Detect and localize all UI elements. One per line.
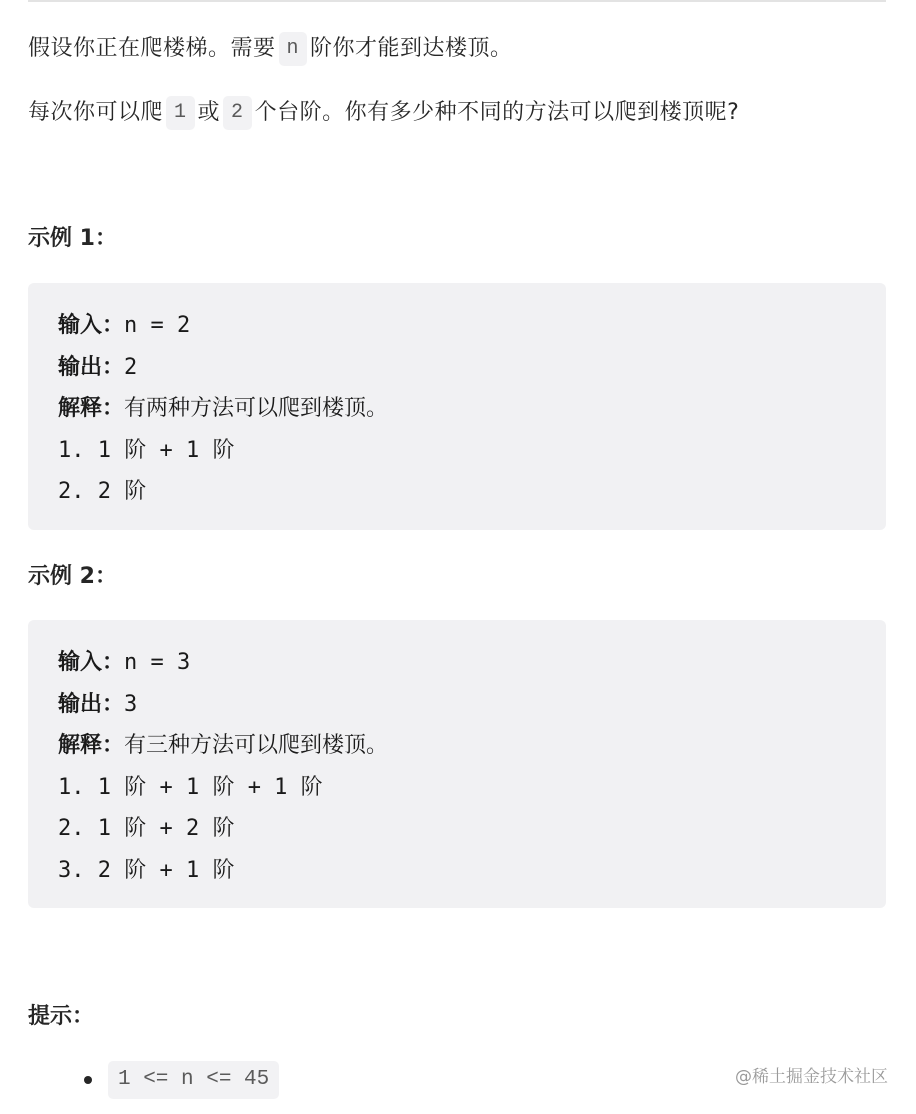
explain-value: 有三种方法可以爬到楼顶。 (124, 733, 388, 758)
hint-list-item: 1 <= n <= 45 (84, 1061, 279, 1099)
example-1-heading: 示例 1： (28, 224, 117, 254)
problem-text: 假设你正在爬楼梯。需要 (28, 36, 276, 61)
bullet-icon (84, 1076, 92, 1084)
hint-constraint: 1 <= n <= 45 (108, 1061, 279, 1099)
output-label: 输出： (58, 692, 124, 717)
step-line: 1. 1 阶 + 1 阶 + 1 阶 (58, 767, 856, 809)
explain-value: 有两种方法可以爬到楼顶。 (124, 396, 388, 421)
explain-line: 解释：有三种方法可以爬到楼顶。 (58, 725, 856, 767)
explain-label: 解释： (58, 733, 124, 758)
inline-code: 1 (166, 96, 195, 130)
explain-line: 解释：有两种方法可以爬到楼顶。 (58, 388, 856, 430)
input-line: 输入：n = 3 (58, 642, 856, 684)
problem-text: 阶你才能到达楼顶。 (310, 36, 513, 61)
example-1-block: 输入：n = 2 输出：2 解释：有两种方法可以爬到楼顶。 1. 1 阶 + 1… (28, 283, 886, 530)
step-line: 2. 1 阶 + 2 阶 (58, 808, 856, 850)
hints-heading: 提示： (28, 1002, 94, 1032)
problem-text: 每次你可以爬 (28, 100, 163, 125)
input-label: 输入： (58, 650, 124, 675)
output-label: 输出： (58, 355, 124, 380)
step-line: 2. 2 阶 (58, 471, 856, 513)
input-line: 输入：n = 2 (58, 305, 856, 347)
example-2-heading: 示例 2： (28, 562, 117, 592)
top-divider (28, 0, 886, 2)
problem-line-1: 假设你正在爬楼梯。需要n阶你才能到达楼顶。 (28, 32, 513, 66)
inline-code: 2 (223, 96, 252, 130)
inline-code: n (279, 32, 308, 66)
problem-text: 个台阶。你有多少种不同的方法可以爬到楼顶呢? (255, 100, 740, 125)
watermark: @稀土掘金技术社区 (735, 1062, 888, 1087)
input-value: n = 3 (124, 650, 190, 675)
input-label: 输入： (58, 313, 124, 338)
step-line: 1. 1 阶 + 1 阶 (58, 430, 856, 472)
example-2-block: 输入：n = 3 输出：3 解释：有三种方法可以爬到楼顶。 1. 1 阶 + 1… (28, 620, 886, 908)
problem-text: 或 (198, 100, 221, 125)
input-value: n = 2 (124, 313, 190, 338)
output-value: 3 (124, 692, 137, 717)
output-value: 2 (124, 355, 137, 380)
explain-label: 解释： (58, 396, 124, 421)
output-line: 输出：2 (58, 347, 856, 389)
step-line: 3. 2 阶 + 1 阶 (58, 850, 856, 892)
problem-line-2: 每次你可以爬1或2个台阶。你有多少种不同的方法可以爬到楼顶呢? (28, 96, 739, 130)
output-line: 输出：3 (58, 684, 856, 726)
